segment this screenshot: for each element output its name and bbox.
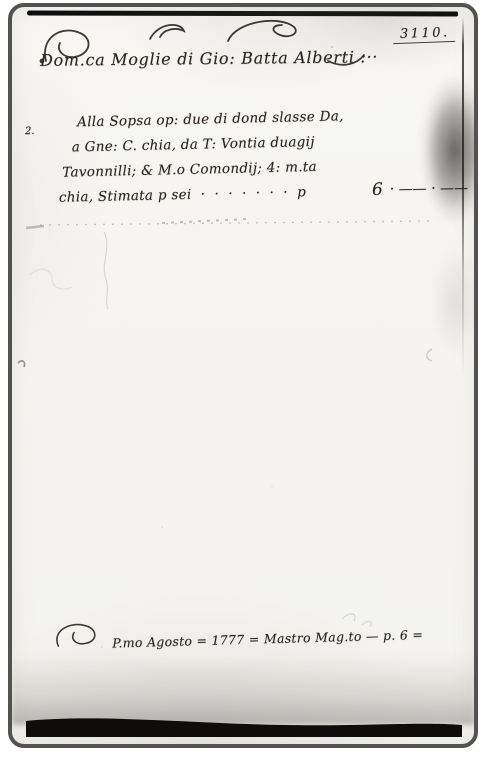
amount-value: 6 <box>372 180 383 200</box>
folio-number: 3110. <box>393 25 455 44</box>
header-line: Dom.ca Moglie di Gio: Batta Alberti :·· <box>40 47 378 70</box>
manuscript-paper: 3110. Dom.ca Moglie di Gio: Batta Albert… <box>12 7 475 745</box>
entry-paragraph: Alla Sopsa op: due di dond slasse Da, a … <box>57 103 389 210</box>
footer-flourish-icon <box>53 615 110 657</box>
margin-item-number: 2. <box>25 126 35 137</box>
amount-row: 6 · —— · —— <box>372 178 468 200</box>
scanned-manuscript-viewer: 3110. Dom.ca Moglie di Gio: Batta Albert… <box>0 0 489 760</box>
header-row: Dom.ca Moglie di Gio: Batta Alberti :·· <box>32 17 392 77</box>
amount-filler-dashes: · —— · —— <box>390 180 469 197</box>
